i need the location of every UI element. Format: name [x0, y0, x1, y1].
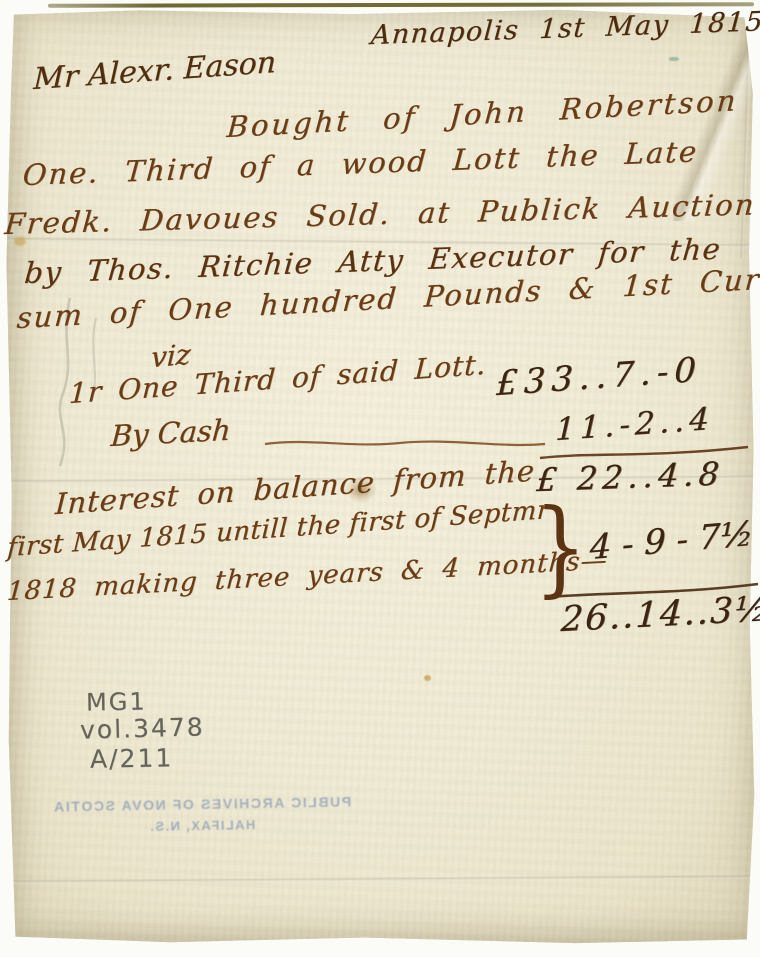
archival-item: A/211: [90, 743, 174, 773]
archival-fonds: MG1: [86, 687, 147, 716]
archive-stamp: PUBLIC ARCHIVES OF NOVA SCOTIA HALIFAX, …: [48, 793, 357, 835]
aging-spot-teal: [669, 57, 679, 61]
scanner-edge-line: [48, 2, 754, 7]
archival-volume: vol.3478: [80, 712, 205, 744]
item-cash-label: By Cash: [110, 413, 232, 453]
aging-spot-center: [424, 675, 431, 681]
paper-crease-bottom: [5, 875, 755, 883]
interest-brace: }: [534, 486, 587, 608]
document-scan: Annapolis 1st May 1815— Mr Alexr. Eason …: [0, 0, 760, 957]
paper-crease-right: [740, 49, 750, 259]
